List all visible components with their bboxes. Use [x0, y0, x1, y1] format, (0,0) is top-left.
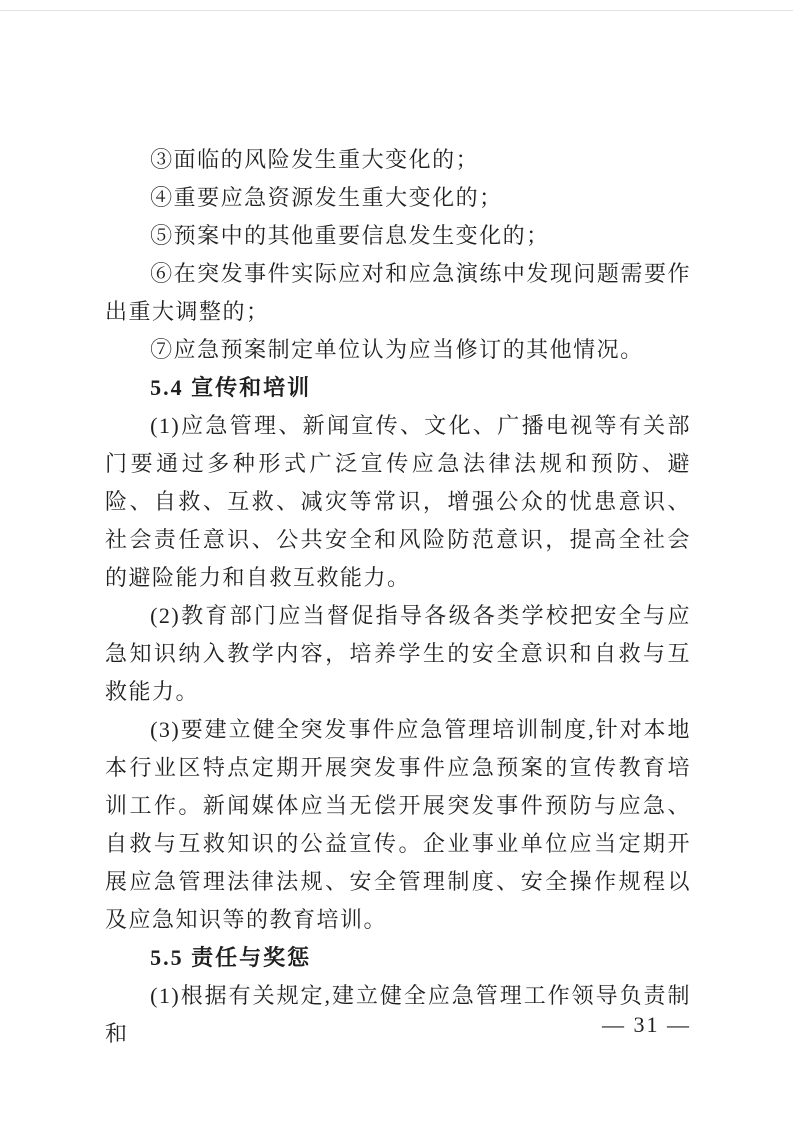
- list-item-5: ⑤预案中的其他重要信息发生变化的；: [105, 217, 691, 255]
- paragraph-5-4-3: (3)要建立健全突发事件应急管理培训制度,针对本地本行业区特点定期开展突发事件应…: [105, 711, 691, 939]
- document-body: ③面临的风险发生重大变化的； ④重要应急资源发生重大变化的； ⑤预案中的其他重要…: [105, 141, 691, 1053]
- paragraph-5-4-2: (2)教育部门应当督促指导各级各类学校把安全与应急知识纳入教学内容，培养学生的安…: [105, 597, 691, 711]
- page-number: — 31 —: [602, 1012, 691, 1038]
- paragraph-5-4-1: (1)应急管理、新闻宣传、文化、广播电视等有关部门要通过多种形式广泛宣传应急法律…: [105, 407, 691, 597]
- list-item-4: ④重要应急资源发生重大变化的；: [105, 179, 691, 217]
- list-item-3: ③面临的风险发生重大变化的；: [105, 141, 691, 179]
- section-heading-5-5: 5.5 责任与奖惩: [105, 939, 691, 977]
- scan-edge-line: [0, 10, 793, 11]
- list-item-6: ⑥在突发事件实际应对和应急演练中发现问题需要作出重大调整的；: [105, 255, 691, 331]
- document-page: ③面临的风险发生重大变化的； ④重要应急资源发生重大变化的； ⑤预案中的其他重要…: [0, 0, 793, 1122]
- section-heading-5-4: 5.4 宣传和培训: [105, 369, 691, 407]
- list-item-7: ⑦应急预案制定单位认为应当修订的其他情况。: [105, 331, 691, 369]
